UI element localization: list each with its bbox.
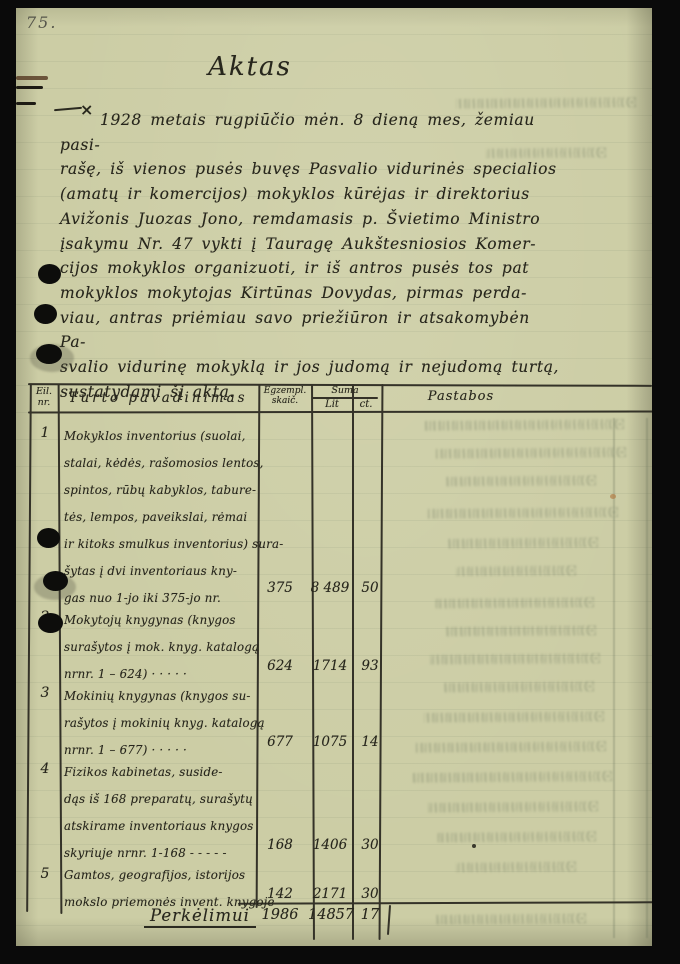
carryover-label: Perkėlimui <box>144 906 256 928</box>
ct-value: 30 <box>354 837 386 853</box>
intro-paragraph: 1928 metais rugpiūčio mėn. 8 dieną mes, … <box>60 108 564 404</box>
paragraph-line: cijos mokyklos organizuoti, ir iš antros… <box>60 256 564 281</box>
ink-blot <box>38 613 63 633</box>
bleedthrough-line <box>446 475 596 486</box>
bleedthrough-line <box>424 419 624 431</box>
ink-blot <box>43 571 68 591</box>
paragraph-line: viau, antras priėmiau savo priežiūron ir… <box>60 306 564 355</box>
table-row: Mokinių knygynas (knygos su- rašytos į m… <box>64 683 262 764</box>
paragraph-line: rašę, iš vienos pusės buvęs Pasvalio vid… <box>60 157 564 182</box>
egz-value: 142 <box>258 886 302 902</box>
row-number: 4 <box>32 761 58 777</box>
lit-value: 1075 <box>308 734 352 750</box>
stain-dot <box>472 844 476 848</box>
lit-value: 8 489 <box>308 580 352 596</box>
bleedthrough-line <box>456 565 576 576</box>
header-turto-pavadinimas: Turto pavadinimas <box>59 390 257 406</box>
bleedthrough-line <box>456 861 576 872</box>
row-text-line: šytas į dvi inventoriaus kny- <box>64 558 262 585</box>
lit-value: 1714 <box>308 658 352 674</box>
scanned-document: 75. Aktas × 1928 metais rugpiūčio mėn. 8… <box>0 0 680 964</box>
row-text-line: dąs iš 168 preparatų, surašytų <box>64 786 262 813</box>
ink-blot <box>38 264 61 284</box>
total-egz: 1986 <box>258 907 302 923</box>
edge-mark <box>16 102 36 105</box>
header-eil: Eil. <box>30 386 58 397</box>
row-text-line: surašytos į mok. knyg. katalogą <box>64 634 262 661</box>
table-line-left <box>26 384 32 912</box>
bleedthrough-line <box>436 447 626 459</box>
row-text-line: atskirame inventoriaus knygos <box>64 813 262 840</box>
ink-blot <box>34 304 57 324</box>
table-line-nr <box>58 384 63 914</box>
row-text-line: rašytos į mokinių knyg. katalogą <box>64 710 262 737</box>
egz-value: 168 <box>258 837 302 853</box>
row-text-line: Fizikos kabinetas, suside- <box>64 759 262 786</box>
table-row: Mokytojų knygynas (knygos surašytos į mo… <box>64 607 262 688</box>
row-text-line: stalai, kėdės, rašomosios lentos, <box>64 450 262 477</box>
row-text-line: spintos, rūbų kabyklos, tabure- <box>64 477 262 504</box>
ct-value: 50 <box>354 580 386 596</box>
row-number: 5 <box>32 866 58 882</box>
lit-value: 2171 <box>308 886 352 902</box>
bleedthrough-line <box>428 801 598 812</box>
table-row: Fizikos kabinetas, suside- dąs iš 168 pr… <box>64 759 262 867</box>
edge-mark <box>16 76 48 80</box>
total-lit: 14857 <box>308 907 352 923</box>
bleedthrough-line <box>436 913 586 924</box>
paragraph-line: Avižonis Juozas Jono, remdamasis p. Švie… <box>60 207 564 232</box>
table-row: Mokyklos inventorius (suolai, stalai, kė… <box>64 423 262 612</box>
paragraph-line: 1928 metais rugpiūčio mėn. 8 dieną mes, … <box>60 108 564 157</box>
lit-value: 1406 <box>308 837 352 853</box>
row-number: 1 <box>32 425 58 441</box>
egz-value: 375 <box>258 580 302 596</box>
totals-tick <box>387 905 391 935</box>
header-skaic: skaič. <box>259 396 311 406</box>
ink-blot <box>36 344 62 364</box>
bleedthrough-line <box>424 711 604 723</box>
ct-value: 30 <box>354 886 386 902</box>
header-suma: Suma <box>312 385 378 396</box>
row-text-line: Mokytojų knygynas (knygos <box>64 607 262 634</box>
row-text-line: Gamtos, geografijos, istorijos <box>64 862 262 889</box>
header-lit: Lit <box>312 399 352 410</box>
header-egzempl: Egzempl. <box>259 386 311 396</box>
edge-mark <box>16 86 43 89</box>
ct-value: 93 <box>354 658 386 674</box>
stain-dot <box>610 494 616 499</box>
paragraph-line: mokyklos mokytojas Kirtūnas Dovydas, pir… <box>60 281 564 306</box>
row-number: 3 <box>32 685 58 701</box>
bleedthrough-line <box>430 653 600 664</box>
page-number-pencil: 75. <box>26 13 57 32</box>
document-title: Aktas <box>150 52 350 82</box>
bleedthrough-line <box>436 831 596 842</box>
paragraph-line: (amatų ir komercijos) mokyklos kūrėjas i… <box>60 182 564 207</box>
bleedthrough-line <box>434 597 594 608</box>
bleedthrough-line <box>416 741 606 753</box>
paragraph-line: svalio vidurinę mokyklą ir jos judomą ir… <box>60 355 564 380</box>
bleedthrough-line <box>412 771 612 783</box>
table-header-underline <box>28 410 652 413</box>
row-text-line: Mokinių knygynas (knygos su- <box>64 683 262 710</box>
row-text-line: ir kitoks smulkus inventorius) sura- <box>64 531 262 558</box>
egz-value: 624 <box>258 658 302 674</box>
document-page: 75. Aktas × 1928 metais rugpiūčio mėn. 8… <box>16 8 652 946</box>
bleedthrough-line <box>428 507 618 519</box>
paragraph-line: įsakymu Nr. 47 vykti į Tauragę Aukštesni… <box>60 232 564 257</box>
bleedthrough-line <box>448 537 598 548</box>
ct-value: 14 <box>354 734 386 750</box>
header-ct: ct. <box>352 399 380 410</box>
bleedthrough-line <box>446 625 596 636</box>
egz-value: 677 <box>258 734 302 750</box>
row-text-line: tės, lempos, paveikslai, rėmai <box>64 504 262 531</box>
header-pastabos: Pastabos <box>416 389 506 404</box>
total-ct: 17 <box>354 907 386 923</box>
header-nr: nr. <box>30 397 58 408</box>
bleedthrough-rule <box>646 418 648 938</box>
row-text-line: Mokyklos inventorius (suolai, <box>64 423 262 450</box>
ink-blot <box>37 528 60 548</box>
bleedthrough-line <box>444 681 594 692</box>
